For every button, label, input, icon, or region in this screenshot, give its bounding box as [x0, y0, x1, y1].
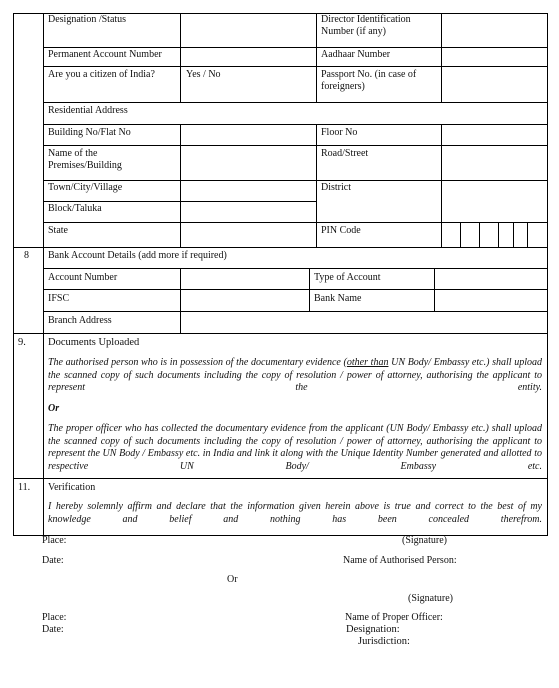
column-divider: [43, 13, 44, 536]
label-proper-officer-name: Name of Proper Officer:: [345, 612, 443, 624]
row-divider: [13, 333, 548, 334]
label-jurisdiction: Jurisdiction:: [358, 636, 410, 648]
label-town: Town/City/Village: [48, 182, 122, 194]
table-border-left: [13, 13, 14, 536]
branch-address-field[interactable]: [181, 312, 547, 333]
section-number-8: 8: [24, 250, 29, 262]
label-residential-address: Residential Address: [48, 105, 128, 117]
label-date: Date:: [42, 555, 64, 567]
account-type-field[interactable]: [435, 269, 547, 289]
label-place-officer: Place:: [42, 612, 66, 624]
table-border-right: [547, 13, 548, 536]
label-signature-authorised: (Signature): [402, 535, 447, 547]
label-pan: Permanent Account Number: [48, 49, 162, 61]
verification-title: Verification: [48, 482, 95, 494]
label-floor: Floor No: [321, 127, 357, 139]
documents-section-title: Documents Uploaded: [48, 337, 139, 349]
label-branch-address: Branch Address: [48, 315, 112, 327]
documents-or: Or: [48, 403, 59, 415]
section-number-11: 11.: [18, 482, 30, 494]
pan-field[interactable]: [181, 48, 315, 66]
label-place: Place:: [42, 535, 66, 547]
ifsc-field[interactable]: [181, 290, 309, 311]
designation-field[interactable]: [181, 14, 315, 47]
col-divider: [309, 268, 310, 311]
bank-section-title: Bank Account Details (add more if requir…: [48, 250, 227, 262]
label-din-1: Director Identification: [321, 14, 411, 26]
bank-name-field[interactable]: [435, 290, 547, 311]
col-divider: [316, 124, 317, 248]
label-state: State: [48, 225, 68, 237]
label-bank-name: Bank Name: [314, 293, 362, 305]
label-designation-officer: Designation:: [346, 624, 400, 636]
documents-paragraph-proper-officer: The proper officer who has collected the…: [48, 423, 542, 486]
din-field[interactable]: [442, 14, 547, 47]
label-building: Building No/Flat No: [48, 127, 131, 139]
row-divider: [13, 247, 548, 248]
citizen-yes-no[interactable]: Yes / No: [186, 69, 221, 81]
label-date-officer: Date:: [42, 624, 64, 636]
passport-field[interactable]: [442, 67, 547, 102]
label-designation: Designation /Status: [48, 14, 126, 26]
label-aadhaar: Aadhaar Number: [321, 49, 390, 61]
label-passport-2: foreigners): [321, 81, 365, 93]
label-pin: PIN Code: [321, 225, 361, 237]
building-field[interactable]: [181, 125, 315, 145]
pin-field[interactable]: [442, 223, 547, 247]
label-premises-2: Premises/Building: [48, 160, 122, 172]
label-road: Road/Street: [321, 148, 368, 160]
state-field[interactable]: [181, 223, 315, 247]
label-din-2: Number (if any): [321, 26, 386, 38]
label-block: Block/Taluka: [48, 203, 102, 215]
district-field[interactable]: [442, 181, 547, 222]
town-field[interactable]: [181, 181, 315, 201]
label-premises-1: Name of the: [48, 148, 97, 160]
section-number-9: 9.: [18, 337, 26, 349]
label-authorised-person-name: Name of Authorised Person:: [343, 555, 457, 567]
floor-field[interactable]: [442, 125, 547, 145]
block-field[interactable]: [181, 202, 315, 222]
row-divider: [43, 102, 548, 103]
label-passport-1: Passport No. (in case of: [321, 69, 416, 81]
col-divider: [316, 13, 317, 103]
label-ifsc: IFSC: [48, 293, 69, 305]
label-citizen: Are you a citizen of India?: [48, 69, 155, 81]
account-number-field[interactable]: [181, 269, 309, 289]
documents-paragraph-authorised: The authorised person who is in possessi…: [48, 357, 542, 407]
verification-text: I hereby solemnly affirm and declare tha…: [48, 501, 542, 539]
road-field[interactable]: [442, 146, 547, 180]
label-or-separator: Or: [227, 574, 238, 586]
label-signature-officer: (Signature): [408, 593, 453, 605]
label-type-of-account: Type of Account: [314, 272, 381, 284]
aadhaar-field[interactable]: [442, 48, 547, 66]
premises-field[interactable]: [181, 146, 315, 180]
label-account-number: Account Number: [48, 272, 117, 284]
label-district: District: [321, 182, 351, 194]
